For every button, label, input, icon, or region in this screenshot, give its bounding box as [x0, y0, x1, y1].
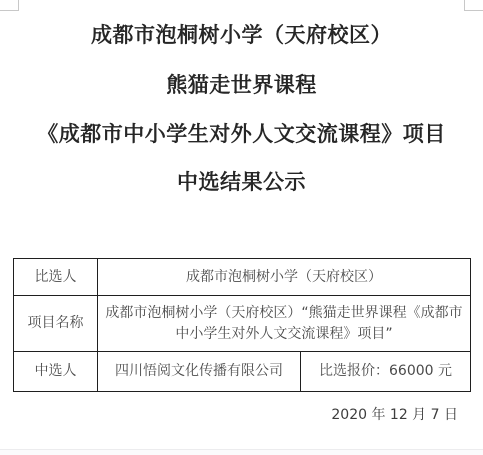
document-title-line-1: 成都市泡桐树小学（天府校区） — [0, 23, 483, 47]
row-value-price: 比选报价：66000 元 — [301, 352, 471, 392]
table-row-project-name: 项目名称 成都市泡桐树小学（天府校区）“熊猫走世界课程《成都市中小学生对外人文交… — [14, 296, 471, 352]
row-value-bidder: 成都市泡桐树小学（天府校区） — [98, 259, 471, 296]
row-value-project-name: 成都市泡桐树小学（天府校区）“熊猫走世界课程《成都市中小学生对外人文交流课程》项… — [98, 296, 471, 352]
row-label-winner: 中选人 — [14, 352, 98, 392]
document-page: { "document": { "title_lines": [ "成都市泡桐树… — [0, 0, 483, 455]
document-title-line-3: 《成都市中小学生对外人文交流课程》项目 — [0, 122, 483, 146]
document-title-line-2: 熊猫走世界课程 — [0, 73, 483, 97]
row-label-bidder: 比选人 — [14, 259, 98, 296]
table-row-winner: 中选人 四川悟阅文化传播有限公司 比选报价：66000 元 — [14, 352, 471, 392]
page-corner-mark-left — [0, 0, 19, 11]
document-title-line-4: 中选结果公示 — [0, 170, 483, 194]
result-table: 比选人 成都市泡桐树小学（天府校区） 项目名称 成都市泡桐树小学（天府校区）“熊… — [13, 258, 471, 392]
row-label-project-name: 项目名称 — [14, 296, 98, 352]
table-row-bidder: 比选人 成都市泡桐树小学（天府校区） — [14, 259, 471, 296]
page-corner-mark-right — [464, 0, 483, 11]
document-date: 2020 年 12 月 7 日 — [331, 404, 458, 424]
page-bottom-edge — [0, 449, 483, 455]
row-value-winner: 四川悟阅文化传播有限公司 — [98, 352, 301, 392]
